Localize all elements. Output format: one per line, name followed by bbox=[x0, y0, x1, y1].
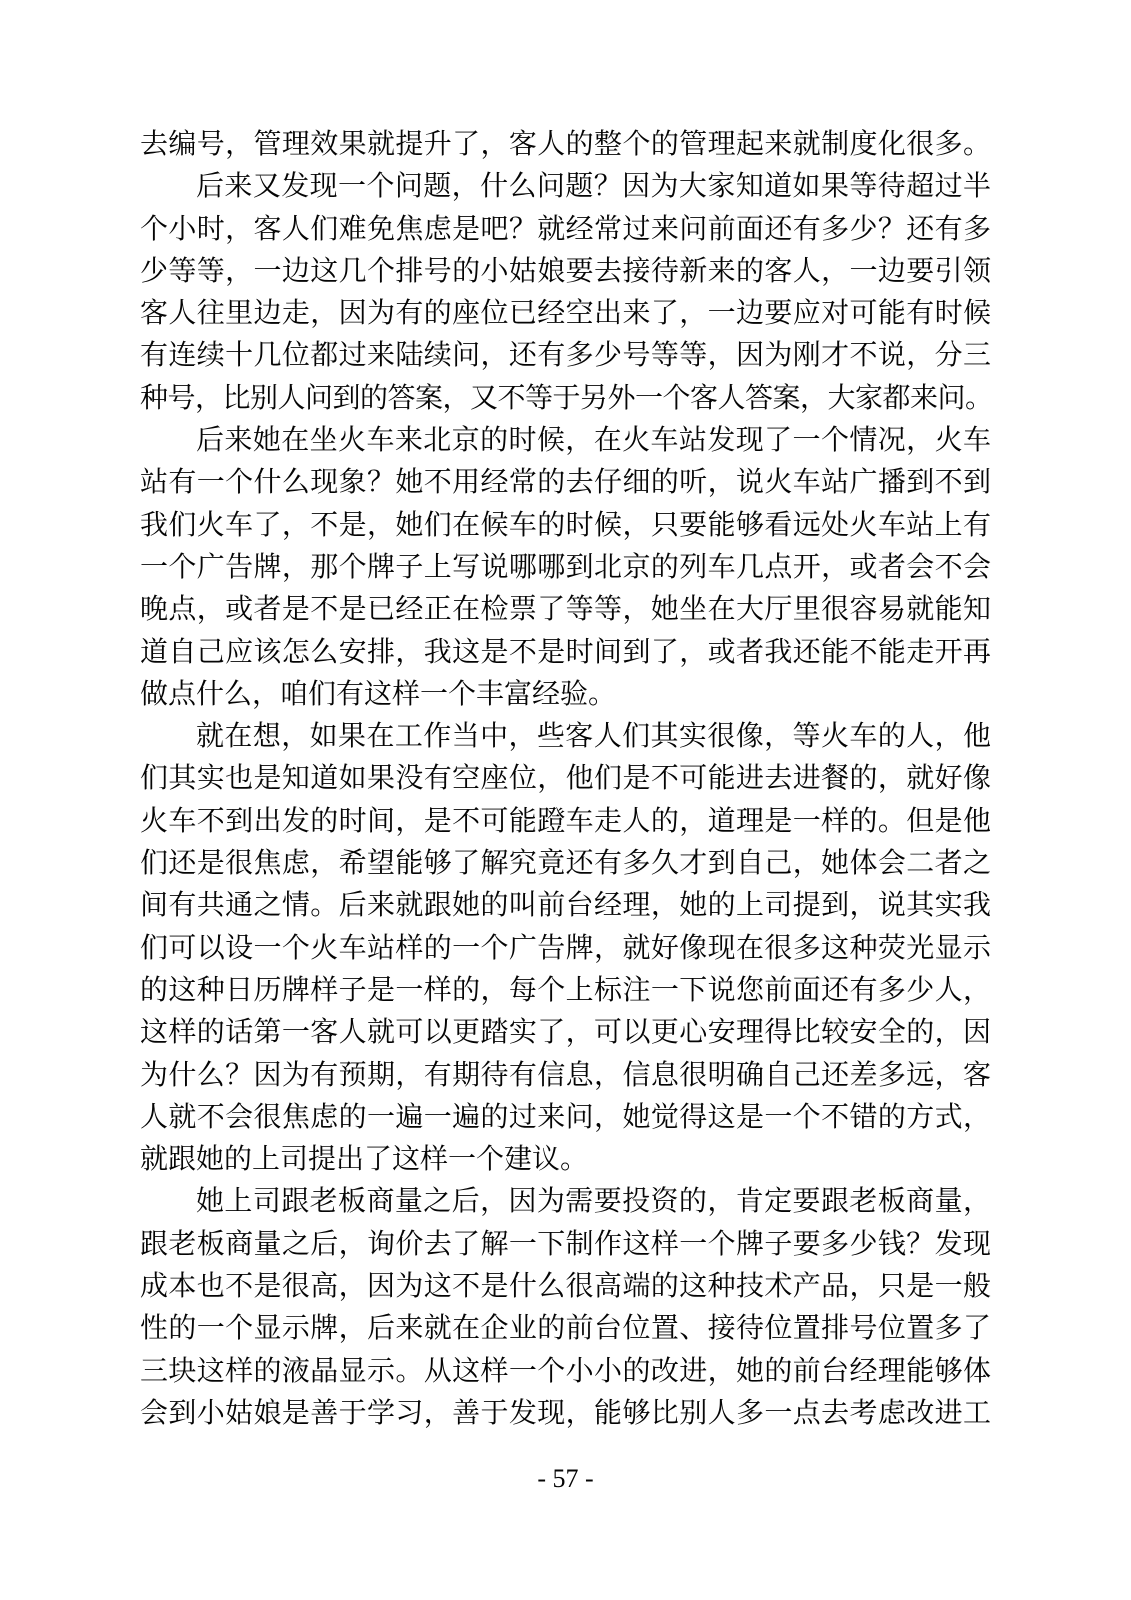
text-line: 做点什么，咱们有这样一个丰富经验。 bbox=[140, 674, 991, 716]
text-line: 少等等，一边这几个排号的小姑娘要去接待新来的客人，一边要引领 bbox=[140, 251, 991, 293]
document-body: 去编号，管理效果就提升了，客人的整个的管理起来就制度化很多。后来又发现一个问题，… bbox=[140, 124, 991, 1435]
paragraph: 去编号，管理效果就提升了，客人的整个的管理起来就制度化很多。 bbox=[140, 124, 991, 166]
text-line: 性的一个显示牌，后来就在企业的前台位置、接待位置排号位置多了 bbox=[140, 1308, 991, 1350]
text-line: 间有共通之情。后来就跟她的叫前台经理，她的上司提到，说其实我 bbox=[140, 885, 991, 927]
page-number: - 57 - bbox=[0, 1462, 1131, 1496]
text-line: 成本也不是很高，因为这不是什么很高端的这种技术产品，只是一般 bbox=[140, 1266, 991, 1308]
text-line: 我们火车了，不是，她们在候车的时候，只要能够看远处火车站上有 bbox=[140, 505, 991, 547]
text-line: 的这种日历牌样子是一样的，每个上标注一下说您前面还有多少人， bbox=[140, 970, 991, 1012]
paragraph: 她上司跟老板商量之后，因为需要投资的，肯定要跟老板商量，跟老板商量之后，询价去了… bbox=[140, 1181, 991, 1435]
text-line: 跟老板商量之后，询价去了解一下制作这样一个牌子要多少钱？发现 bbox=[140, 1224, 991, 1266]
text-line: 三块这样的液晶显示。从这样一个小小的改进，她的前台经理能够体 bbox=[140, 1351, 991, 1393]
text-line: 去编号，管理效果就提升了，客人的整个的管理起来就制度化很多。 bbox=[140, 124, 991, 166]
paragraph: 后来她在坐火车来北京的时候，在火车站发现了一个情况，火车站有一个什么现象？她不用… bbox=[140, 420, 991, 716]
text-line: 她上司跟老板商量之后，因为需要投资的，肯定要跟老板商量， bbox=[140, 1181, 991, 1223]
text-line: 晚点，或者是不是已经正在检票了等等，她坐在大厅里很容易就能知 bbox=[140, 589, 991, 631]
text-line: 一个广告牌，那个牌子上写说哪哪到北京的列车几点开，或者会不会 bbox=[140, 547, 991, 589]
paragraph: 后来又发现一个问题，什么问题？因为大家知道如果等待超过半个小时，客人们难免焦虑是… bbox=[140, 166, 991, 420]
text-line: 客人往里边走，因为有的座位已经空出来了，一边要应对可能有时候 bbox=[140, 293, 991, 335]
document-page: 去编号，管理效果就提升了，客人的整个的管理起来就制度化很多。后来又发现一个问题，… bbox=[0, 0, 1131, 1600]
text-line: 就跟她的上司提出了这样一个建议。 bbox=[140, 1139, 991, 1181]
text-line: 会到小姑娘是善于学习，善于发现，能够比别人多一点去考虑改进工 bbox=[140, 1393, 991, 1435]
text-line: 个小时，客人们难免焦虑是吧？就经常过来问前面还有多少？还有多 bbox=[140, 209, 991, 251]
text-line: 后来她在坐火车来北京的时候，在火车站发现了一个情况，火车 bbox=[140, 420, 991, 462]
text-line: 就在想，如果在工作当中，些客人们其实很像，等火车的人，他 bbox=[140, 716, 991, 758]
paragraph: 就在想，如果在工作当中，些客人们其实很像，等火车的人，他们其实也是知道如果没有空… bbox=[140, 716, 991, 1181]
text-line: 们还是很焦虑，希望能够了解究竟还有多久才到自己，她体会二者之 bbox=[140, 843, 991, 885]
text-line: 有连续十几位都过来陆续问，还有多少号等等，因为刚才不说，分三 bbox=[140, 335, 991, 377]
text-line: 火车不到出发的时间，是不可能蹬车走人的，道理是一样的。但是他 bbox=[140, 801, 991, 843]
text-line: 道自己应该怎么安排，我这是不是时间到了，或者我还能不能走开再 bbox=[140, 632, 991, 674]
text-line: 站有一个什么现象？她不用经常的去仔细的听，说火车站广播到不到 bbox=[140, 462, 991, 504]
text-line: 种号，比别人问到的答案，又不等于另外一个客人答案，大家都来问。 bbox=[140, 378, 991, 420]
text-line: 们其实也是知道如果没有空座位，他们是不可能进去进餐的，就好像 bbox=[140, 758, 991, 800]
text-line: 后来又发现一个问题，什么问题？因为大家知道如果等待超过半 bbox=[140, 166, 991, 208]
text-line: 这样的话第一客人就可以更踏实了，可以更心安理得比较安全的，因 bbox=[140, 1012, 991, 1054]
text-line: 为什么？因为有预期，有期待有信息，信息很明确自己还差多远，客 bbox=[140, 1055, 991, 1097]
text-line: 人就不会很焦虑的一遍一遍的过来问，她觉得这是一个不错的方式， bbox=[140, 1097, 991, 1139]
text-line: 们可以设一个火车站样的一个广告牌，就好像现在很多这种荧光显示 bbox=[140, 928, 991, 970]
